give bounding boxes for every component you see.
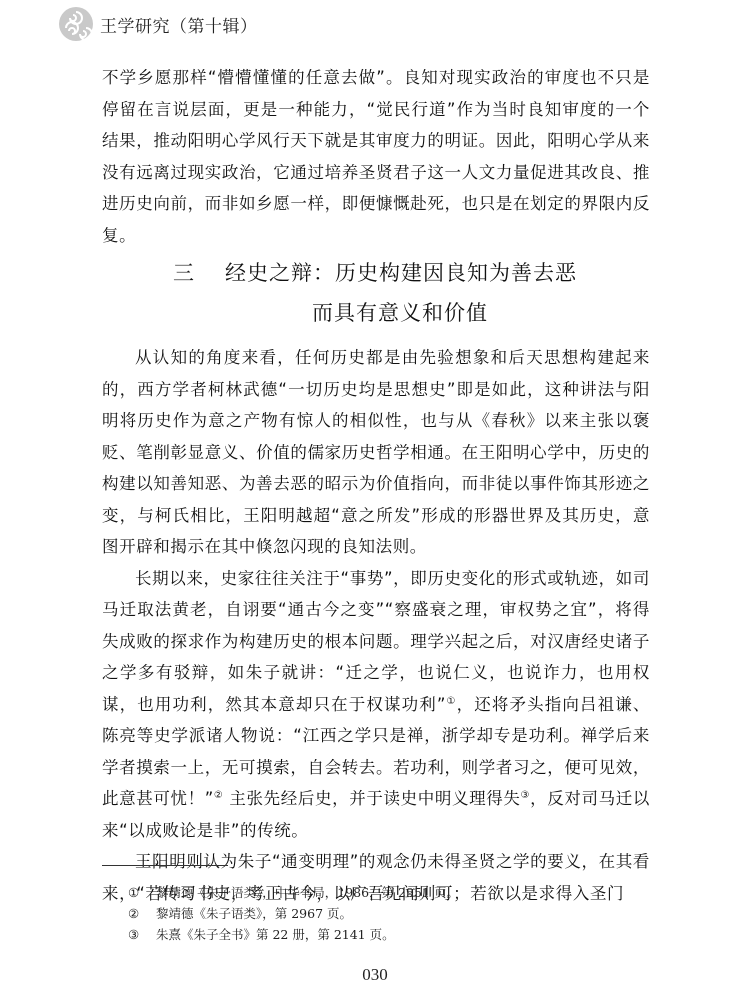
footnote-text: 黎靖德《朱子语类》，第 2967 页。 xyxy=(156,903,352,924)
footnote-ref-3[interactable]: ③ xyxy=(521,790,531,801)
footnote-ref-1[interactable]: ① xyxy=(446,696,457,707)
body-text-main: 从认知的角度来看，任何历史都是由先验想象和后天思想构建起来的，西方学者柯林武德“… xyxy=(102,342,650,909)
footnote-divider xyxy=(102,865,228,866)
footnote-text: 朱熹《朱子全书》第 22 册，第 2141 页。 xyxy=(156,924,395,945)
footnotes: ①黎靖德《朱子语类》，中华书局，1986，第 2951 页。 ②黎靖德《朱子语类… xyxy=(128,882,459,945)
section-title-line2: 而具有意义和价值 xyxy=(312,301,488,325)
footnote-2: ②黎靖德《朱子语类》，第 2967 页。 xyxy=(128,903,459,924)
footnote-number: ① xyxy=(128,882,156,903)
page-number: 030 xyxy=(0,965,750,985)
footnote-3: ③朱熹《朱子全书》第 22 册，第 2141 页。 xyxy=(128,924,459,945)
paragraph-1: 从认知的角度来看，任何历史都是由先验想象和后天思想构建起来的，西方学者柯林武德“… xyxy=(102,342,650,563)
section-number: 三 xyxy=(173,261,195,285)
paragraph-2-text-c: 主张先经后史，并于读史中明义理得失 xyxy=(224,789,521,808)
footnote-number: ② xyxy=(128,903,156,924)
paragraph-2-text-a: 长期以来，史家往往关注于“事势”，即历史变化的形式或轨迹，如司马迁取法黄老，自诩… xyxy=(102,569,650,714)
footnote-text: 黎靖德《朱子语类》，中华书局，1986，第 2951 页。 xyxy=(156,882,459,903)
footnote-1: ①黎靖德《朱子语类》，中华书局，1986，第 2951 页。 xyxy=(128,882,459,903)
section-heading-line1: 三经史之辩：历史构建因良知为善去恶 xyxy=(0,253,750,293)
running-header: 王学研究（第十辑） xyxy=(58,6,258,42)
continuation-paragraph: 不学乡愿那样“懵懵懂懂的任意去做”。良知对现实政治的审度也不只是停留在言说层面，… xyxy=(102,62,650,251)
cloud-swirl-emblem-icon xyxy=(58,6,94,42)
footnote-ref-2[interactable]: ② xyxy=(214,790,224,801)
section-heading-line2: 而具有意义和价值 xyxy=(0,293,750,333)
footnote-number: ③ xyxy=(128,924,156,945)
paragraph-2: 长期以来，史家往往关注于“事势”，即历史变化的形式或轨迹，如司马迁取法黄老，自诩… xyxy=(102,563,650,847)
journal-title: 王学研究（第十辑） xyxy=(100,12,258,37)
section-title-line1: 经史之辩：历史构建因良知为善去恶 xyxy=(225,261,577,285)
body-text-top: 不学乡愿那样“懵懵懂懂的任意去做”。良知对现实政治的审度也不只是停留在言说层面，… xyxy=(102,62,650,251)
